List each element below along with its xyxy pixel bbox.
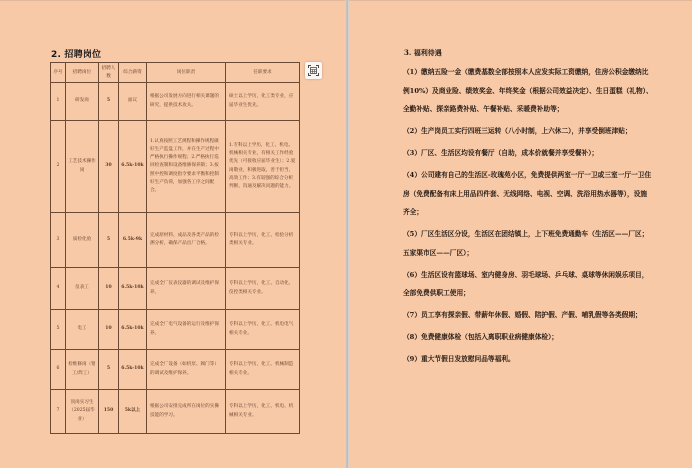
table-header-row: 序号 招聘岗位 招聘人数 综合薪资 岗位职责 任职要求 — [51, 63, 300, 83]
section-title-benefits: 3. 福利待遇 — [404, 48, 442, 58]
cell-position: 仪表工 — [66, 268, 99, 310]
cell-no: 2 — [51, 121, 66, 213]
header-salary: 综合薪资 — [119, 63, 147, 83]
cell-no: 3 — [51, 213, 66, 268]
cell-salary: 6.5k-10k — [119, 268, 147, 310]
cell-duties: 完成全厂电气设备的运行及维护保养。 — [147, 310, 226, 350]
cell-duties: 根据公司安排完成所在岗位的实操技能的学习。 — [147, 390, 226, 434]
cell-salary: 6.5k-10k — [119, 310, 147, 350]
cell-salary: 5k以上 — [119, 390, 147, 434]
table-row: 7 顶岗实习生（2025届毕业） 150 5k以上 根据公司安排完成所在岗位的实… — [51, 390, 300, 434]
cell-salary: 6.5k-10k — [119, 350, 147, 390]
cell-position: 电工 — [66, 310, 99, 350]
cell-count: 10 — [99, 268, 119, 310]
cell-count: 5 — [99, 213, 119, 268]
cell-duties: 完成原材料、成品及各类产品的检测分析，确保产品出厂合格。 — [147, 213, 226, 268]
table-row: 2 工艺技术操作岗 30 6.5k-10k 1.认真按照工艺规程和操作规程做好生… — [51, 121, 300, 213]
cell-requirements: 专科以上学历，化工、检验分析类相关专业。 — [226, 213, 300, 268]
cell-requirements: 1.专科以上学历，化工、机电、机械相关专业，有相关工作经验优先（可接收应届毕业生… — [226, 121, 300, 213]
header-count: 招聘人数 — [99, 63, 119, 83]
table-row: 3 质检化验 5 6.5k-9k 完成原材料、成品及各类产品的检测分析，确保产品… — [51, 213, 300, 268]
cell-position: 工艺技术操作岗 — [66, 121, 99, 213]
cell-salary: 6.5k-10k — [119, 121, 147, 213]
table-scan-button[interactable] — [305, 62, 322, 79]
cell-requirements: 专科以上学历，化工、机电电气相关专业。 — [226, 310, 300, 350]
cell-duties: 完成全厂仪表仪器的调试及维护保养。 — [147, 268, 226, 310]
benefit-item: （1）缴纳五险一金（缴费基数全部按照本人应发实际工资缴纳，住房公积金缴纳比例10… — [403, 63, 653, 119]
cell-salary: 面议 — [119, 83, 147, 121]
page-right: 3. 福利待遇 （1）缴纳五险一金（缴费基数全部按照本人应发实际工资缴纳，住房公… — [349, 0, 692, 468]
benefit-item: （9）重大节假日发放慰问品等福利。 — [403, 350, 653, 369]
cell-no: 6 — [51, 350, 66, 390]
cell-duties: 1.认真按照工艺规程和操作规程做好生产监盘工作，并在生产过程中严格执行操作规程；… — [147, 121, 226, 213]
header-position: 招聘岗位 — [66, 63, 99, 83]
cell-no: 4 — [51, 268, 66, 310]
recruitment-table: 序号 招聘岗位 招聘人数 综合薪资 岗位职责 任职要求 1 研发岗 5 面议 根… — [50, 62, 300, 434]
cell-requirements: 专科以上学历，化工、机械制造相关专业。 — [226, 350, 300, 390]
cell-count: 30 — [99, 121, 119, 213]
benefit-item: （2）生产岗员工实行四班三运转（八小时制，上六休二），并享受倒班津贴； — [403, 122, 653, 141]
benefits-list: （1）缴纳五险一金（缴费基数全部按照本人应发实际工资缴纳，住房公积金缴纳比例10… — [403, 63, 653, 372]
benefit-item: （5）厂区生活区分设，生活区在团结镇上，上下班免费通勤车（生活区——厂区；五家渠… — [403, 225, 653, 262]
table-row: 6 检维修岗（钳工/焊工） 5 6.5k-10k 完成全厂设备（如机泵、阀门等）… — [51, 350, 300, 390]
cell-position: 质检化验 — [66, 213, 99, 268]
scan-table-icon — [308, 65, 319, 76]
cell-requirements: 硕士以上学历，化工类专业，应届毕业生优先。 — [226, 83, 300, 121]
document-viewer: 2. 招聘岗位 序号 招聘岗位 招聘人数 综合薪资 岗位职责 任职要求 — [0, 0, 692, 468]
cell-no: 1 — [51, 83, 66, 121]
header-no: 序号 — [51, 63, 66, 83]
section-title-recruitment: 2. 招聘岗位 — [51, 47, 101, 60]
benefit-item: （3）厂区、生活区均设有餐厅（自助，成本价就餐并享受餐补）； — [403, 144, 653, 163]
cell-no: 7 — [51, 390, 66, 434]
cell-salary: 6.5k-9k — [119, 213, 147, 268]
header-requirements: 任职要求 — [226, 63, 300, 83]
cell-requirements: 专科以上学历，化工、机电、机械相关专业。 — [226, 390, 300, 434]
benefit-item: （6）生活区设有篮球场、室内健身房、羽毛球场、乒乓球、桌球等休闲娱乐项目，全部免… — [403, 266, 653, 303]
benefit-item: （7）员工享有探亲假、带薪年休假、婚假、陪护假、产假、哺乳假等各类假期； — [403, 306, 653, 325]
page-left: 2. 招聘岗位 序号 招聘岗位 招聘人数 综合薪资 岗位职责 任职要求 — [0, 0, 345, 468]
cell-position: 研发岗 — [66, 83, 99, 121]
cell-no: 5 — [51, 310, 66, 350]
cell-duties: 完成全厂设备（如机泵、阀门等）的调试及维护保养。 — [147, 350, 226, 390]
cell-count: 5 — [99, 350, 119, 390]
cell-position: 检维修岗（钳工/焊工） — [66, 350, 99, 390]
table-row: 1 研发岗 5 面议 根据公司发展方向进行相关课题的研究，提供技术攻关。 硕士以… — [51, 83, 300, 121]
cell-count: 10 — [99, 310, 119, 350]
table-row: 4 仪表工 10 6.5k-10k 完成全厂仪表仪器的调试及维护保养。 专科以上… — [51, 268, 300, 310]
cell-duties: 根据公司发展方向进行相关课题的研究，提供技术攻关。 — [147, 83, 226, 121]
cell-count: 150 — [99, 390, 119, 434]
benefit-item: （4）公司建有自己的生活区-玫瑰苑小区，免费提供两室一厅一卫或三室一厅一卫住房（… — [403, 166, 653, 222]
header-duties: 岗位职责 — [147, 63, 226, 83]
cell-requirements: 专科以上学历，化工、自动化、仪控类相关专业。 — [226, 268, 300, 310]
cell-position: 顶岗实习生（2025届毕业） — [66, 390, 99, 434]
table-row: 5 电工 10 6.5k-10k 完成全厂电气设备的运行及维护保养。 专科以上学… — [51, 310, 300, 350]
cell-count: 5 — [99, 83, 119, 121]
benefit-item: （8）免费健康体检（包括入离职职业病健康体检）； — [403, 328, 653, 347]
